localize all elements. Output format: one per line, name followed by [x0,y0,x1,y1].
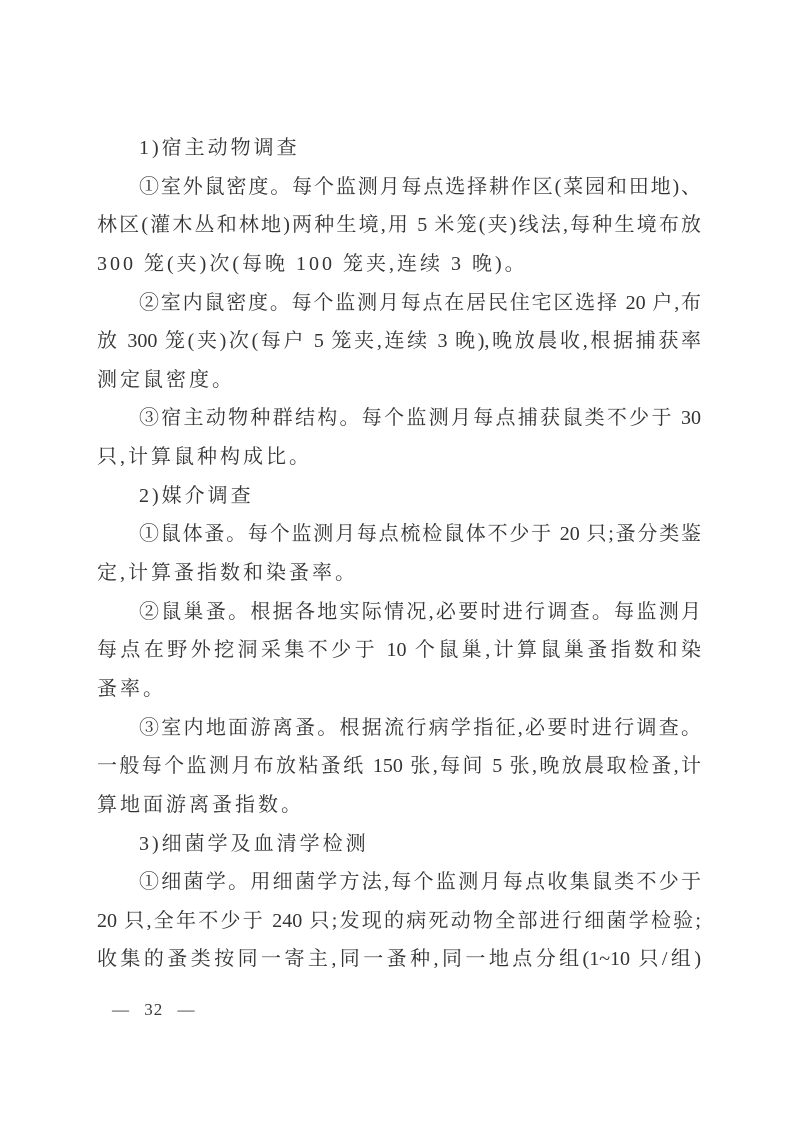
text-line: 300 笼(夹)次(每晚 100 笼夹,连续 3 晚)。 [97,245,701,284]
text-line: ③宿主动物种群结构。每个监测月每点捕获鼠类不少于 30 [97,399,701,438]
text-line: 收集的蚤类按同一寄主,同一蚤种,同一地点分组(1~10 只/组) [97,940,701,979]
text-line: ②鼠巢蚤。根据各地实际情况,必要时进行调查。每监测月 [97,593,701,632]
text-line: 蚤率。 [97,670,701,709]
text-line: 定,计算蚤指数和染蚤率。 [97,554,701,593]
text-line: 一般每个监测月布放粘蚤纸 150 张,每间 5 张,晚放晨取检蚤,计 [97,747,701,786]
text-line: 每点在野外挖洞采集不少于 10 个鼠巢,计算鼠巢蚤指数和染 [97,631,701,670]
text-line: 20 只,全年不少于 240 只;发现的病死动物全部进行细菌学检验; [97,902,701,941]
page-number: — 32 — [112,999,196,1021]
text-line: ②室内鼠密度。每个监测月每点在居民住宅区选择 20 户,布 [97,284,701,323]
text-line: 林区(灌木丛和林地)两种生境,用 5 米笼(夹)线法,每种生境布放 [97,206,701,245]
text-line: ①鼠体蚤。每个监测月每点梳检鼠体不少于 20 只;蚤分类鉴 [97,515,701,554]
text-line: 2)媒介调查 [97,477,701,516]
text-line: 算地面游离蚤指数。 [97,786,701,825]
document-page: 1)宿主动物调查 ①室外鼠密度。每个监测月每点选择耕作区(菜园和田地)、 林区(… [0,0,794,1123]
page-body: 1)宿主动物调查 ①室外鼠密度。每个监测月每点选择耕作区(菜园和田地)、 林区(… [97,129,701,979]
text-line: ①细菌学。用细菌学方法,每个监测月每点收集鼠类不少于 [97,863,701,902]
text-line: 放 300 笼(夹)次(每户 5 笼夹,连续 3 晚),晚放晨收,根据捕获率 [97,322,701,361]
text-line: 3)细菌学及血清学检测 [97,825,701,864]
text-line: 测定鼠密度。 [97,361,701,400]
text-line: 1)宿主动物调查 [97,129,701,168]
text-line: 只,计算鼠种构成比。 [97,438,701,477]
text-line: ①室外鼠密度。每个监测月每点选择耕作区(菜园和田地)、 [97,168,701,207]
text-line: ③室内地面游离蚤。根据流行病学指征,必要时进行调查。 [97,709,701,748]
